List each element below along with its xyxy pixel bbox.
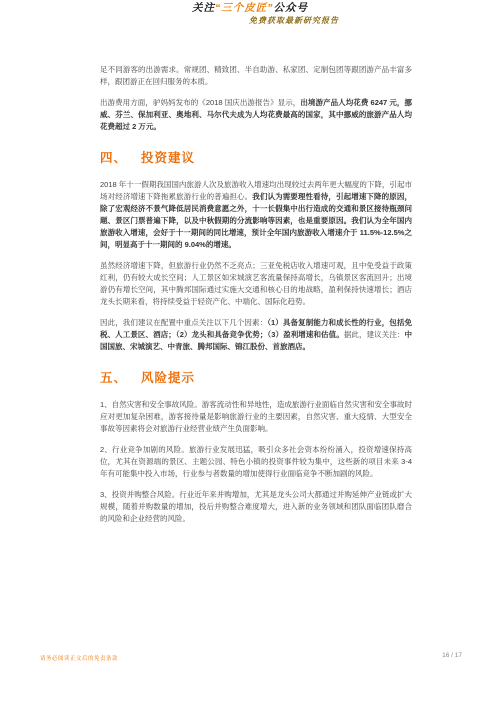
page-number: 16 / 17 xyxy=(442,652,462,659)
paragraph: 2、行业竞争加剧的风险。旅游行业发展迅猛，吸引众多社会资本纷纷涌入，投资增速保持… xyxy=(100,444,412,480)
watermark-line1-quoted: “三个皮匠” xyxy=(215,3,274,14)
text-run: 1、自然灾害和安全事故风险。游客流动性和异地性，造成旅游行业面临自然灾害和安全事… xyxy=(100,400,412,433)
heading-title: 风险提示 xyxy=(141,371,195,385)
paragraph: 1、自然灾害和安全事故风险。游客流动性和异地性，造成旅游行业面临自然灾害和安全事… xyxy=(100,399,412,435)
text-run: 虽然经济增速下降，但旅游行业仍然不乏亮点；三亚免税店收入增速可观，且中免受益于政… xyxy=(100,261,412,306)
watermark-line1: 关注“三个皮匠”公众号 xyxy=(155,3,345,15)
paragraph: 足不同游客的出游需求。常规团、精致团、半自助游、私家团、定制包团等跟团游产品丰富… xyxy=(100,64,412,88)
heading-title: 投资建议 xyxy=(141,151,195,165)
paragraph: 2018 年十一假期我国国内旅游人次及旅游收入增速均出现较过去两年更大幅度的下降… xyxy=(100,179,412,251)
watermark-line1-prefix: 关注 xyxy=(192,3,215,14)
text-run: 2、行业竞争加剧的风险。旅游行业发展迅猛，吸引众多社会资本纷纷涌入，投资增速保持… xyxy=(100,445,412,478)
paragraph: 出游费用方面，驴妈妈发布的《2018 国庆出游报告》显示，出境游产品人均花费 6… xyxy=(100,97,412,133)
paragraph: 虽然经济增速下降，但旅游行业仍然不乏亮点；三亚免税店收入增速可观，且中免受益于政… xyxy=(100,260,412,308)
footer-disclaimer: 请务必阅读正文后的免责条款 xyxy=(40,654,118,662)
watermark-line1-suffix: 公众号 xyxy=(274,3,309,14)
watermark-line2: 免费获取最新研究报告 xyxy=(155,15,345,27)
text-run: 因此，我们建议在配置中重点关注以下几个因素： xyxy=(100,318,267,327)
watermark: 关注“三个皮匠”公众号 免费获取最新研究报告 xyxy=(155,3,345,27)
section-heading: 四、投资建议 xyxy=(100,151,412,166)
paragraph: 因此，我们建议在配置中重点关注以下几个因素：（1）具备复制能力和成长性的行业，包… xyxy=(100,317,412,353)
text-run: 足不同游客的出游需求。常规团、精致团、半自助游、私家团、定制包团等跟团游产品丰富… xyxy=(100,65,412,86)
paragraph: 3、投资并购整合风险。行业近年来并购增加，尤其是龙头公司大都通过并购延伸产业链或… xyxy=(100,489,412,525)
text-run: 出游费用方面，驴妈妈发布的《2018 国庆出游报告》显示， xyxy=(100,98,300,107)
heading-number: 五、 xyxy=(100,371,127,385)
document-body: 足不同游客的出游需求。常规团、精致团、半自助游、私家团、定制包团等跟团游产品丰富… xyxy=(100,64,412,534)
report-page: 关注“三个皮匠”公众号 免费获取最新研究报告 足不同游客的出游需求。常规团、精致… xyxy=(0,0,500,707)
section-heading: 五、风险提示 xyxy=(100,371,412,386)
text-run: 据此，建议关注： xyxy=(344,330,405,339)
text-run: 3、投资并购整合风险。行业近年来并购增加，尤其是龙头公司大都通过并购延伸产业链或… xyxy=(100,490,412,523)
heading-number: 四、 xyxy=(100,151,127,165)
